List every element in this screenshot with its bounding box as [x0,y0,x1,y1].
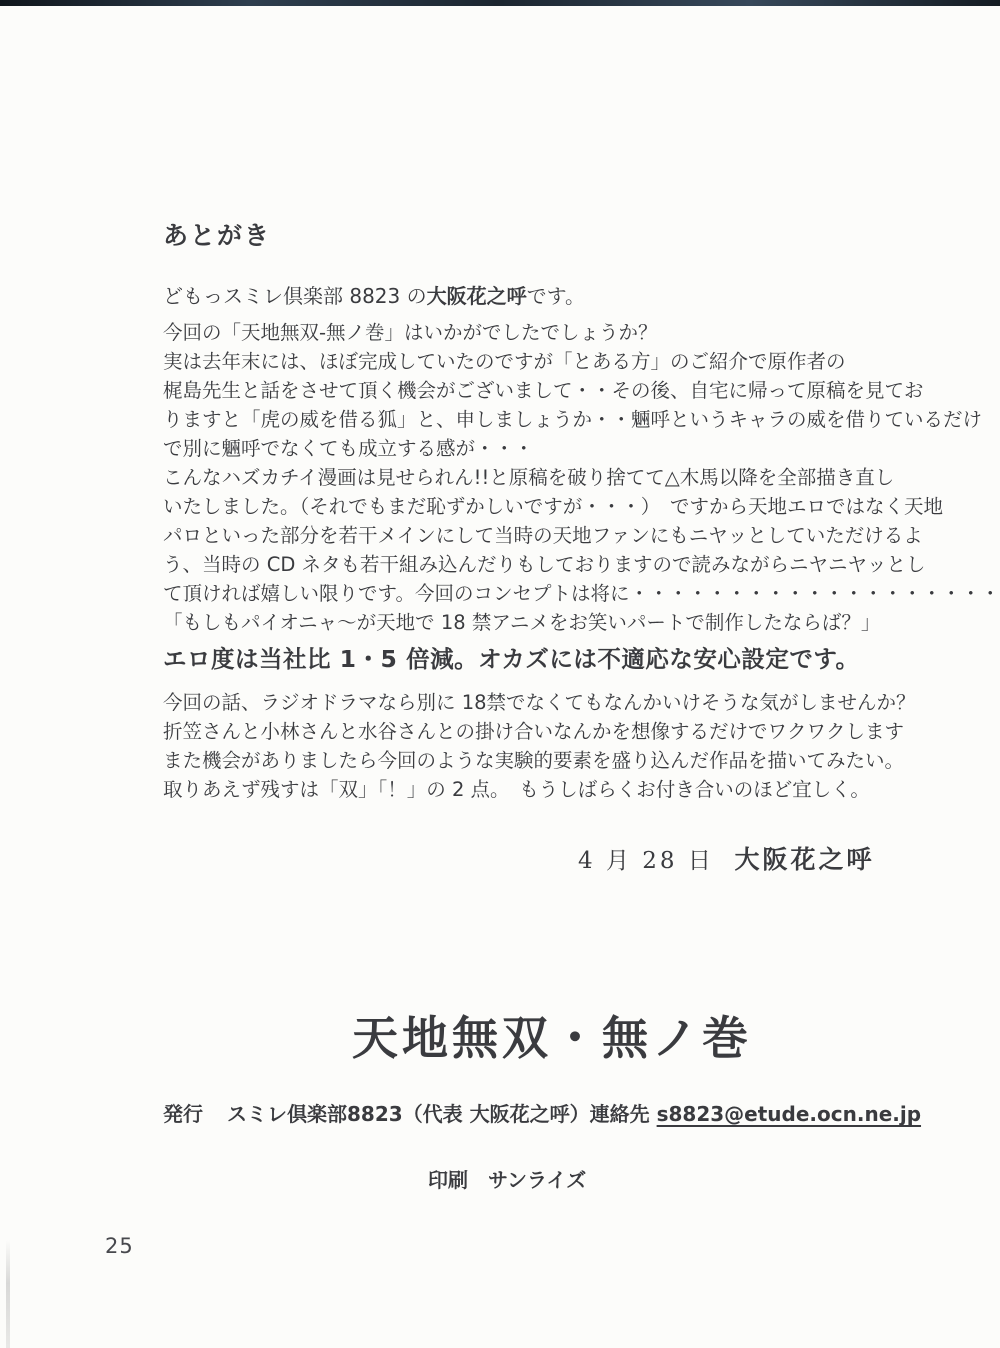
body-line: う、当時の CD ネタも若干組み込んだりもしておりますので読みながらニヤニヤッと… [163,550,1000,579]
afterword-paragraph-2: 今回の話、ラジオドラマなら別に 18禁でなくてもなんかいけそうな気がしませんか？… [163,688,916,804]
scan-edge-top [0,0,1000,6]
afterword-heading: あとがき [163,216,271,252]
printer-company: サンライズ [488,1168,586,1192]
author-name: 大阪花之呼 [427,284,527,308]
date-text: 4 月 28 日 [578,848,714,874]
printer-label: 印刷 [428,1168,468,1192]
book-title: 天地無双・無ノ巻 [352,1002,752,1068]
body-line: 今回の話、ラジオドラマなら別に 18禁でなくてもなんかいけそうな気がしませんか？ [163,688,916,717]
signature-name: 大阪花之呼 [734,845,874,874]
publisher-suffix: ）連絡先 [570,1102,650,1126]
body-line: て頂ければ嬉しい限りです。今回のコンセプトは将に・・・・・・・・・・・・・・・・… [163,579,1000,608]
contact-email: s8823@etude.ocn.ne.jp [657,1102,921,1126]
publisher-label: 発行 [163,1102,203,1126]
body-line: パロといった部分を若干メインにして当時の天地ファンにもニヤッとしていただけるよ [163,521,1000,550]
body-line: 取りあえず残すは「双」「！」の 2 点。 もうしばらくお付き合いのほど宜しく。 [163,775,916,804]
body-line: こんなハズカチイ漫画は見せられん!!と原稿を破り捨てて△木馬以降を全部描き直し [163,463,1000,492]
page-number: 25 [105,1234,134,1258]
afterword-paragraph-1: 今回の「天地無双-無ノ巻」はいかがでしたでしょうか？ 実は去年末には、ほぼ完成し… [163,318,1000,637]
publisher-line: 発行スミレ倶楽部8823（代表 大阪花之呼）連絡先 s8823@etude.oc… [163,1098,921,1127]
body-line: 折笠さんと小林さんと水谷さんとの掛け合いなんかを想像するだけでワクワクします [163,717,916,746]
scanned-page: あとがき どもっスミレ倶楽部 8823 の大阪花之呼です。 今回の「天地無双-無… [0,0,1000,1348]
body-line: 実は去年末には、ほぼ完成していたのですが「とある方」のご紹介で原作者の [163,347,1000,376]
representative-name: 大阪花之呼 [470,1102,570,1126]
body-line: で別に魎呼でなくても成立する感が・・・ [163,434,1000,463]
body-line: いたしました。（それでもまだ恥ずかしいですが・・・） ですから天地エロではなく天… [163,492,1000,521]
date-signature: 4 月 28 日 大阪花之呼 [578,840,874,876]
body-line: また機会がありましたら今回のような実験的要素を盛り込んだ作品を描いてみたい。 [163,746,916,775]
intro-pre: どもっスミレ倶楽部 8823 の [163,284,427,308]
printer-line: 印刷サンライズ [428,1164,586,1193]
body-line: 「もしもパイオニャ～が天地で 18 禁アニメをお笑いパートで制作したならば？」 [163,608,1000,637]
body-line: 梶島先生と話をさせて頂く機会がございまして・・その後、自宅に帰って原稿を見てお [163,376,1000,405]
highlight-statement: エロ度は当社比 1・5 倍減。オカズには不適応な安心設定です。 [163,640,859,674]
body-line: 今回の「天地無双-無ノ巻」はいかがでしたでしょうか？ [163,318,1000,347]
scan-shadow-left [6,1240,10,1348]
intro-post: です。 [527,284,585,308]
publisher-group: スミレ倶楽部8823（代表 [227,1102,463,1126]
intro-line: どもっスミレ倶楽部 8823 の大阪花之呼です。 [163,280,585,309]
body-line: りますと「虎の威を借る狐」と、申しましょうか・・魎呼というキャラの威を借りている… [163,405,1000,434]
